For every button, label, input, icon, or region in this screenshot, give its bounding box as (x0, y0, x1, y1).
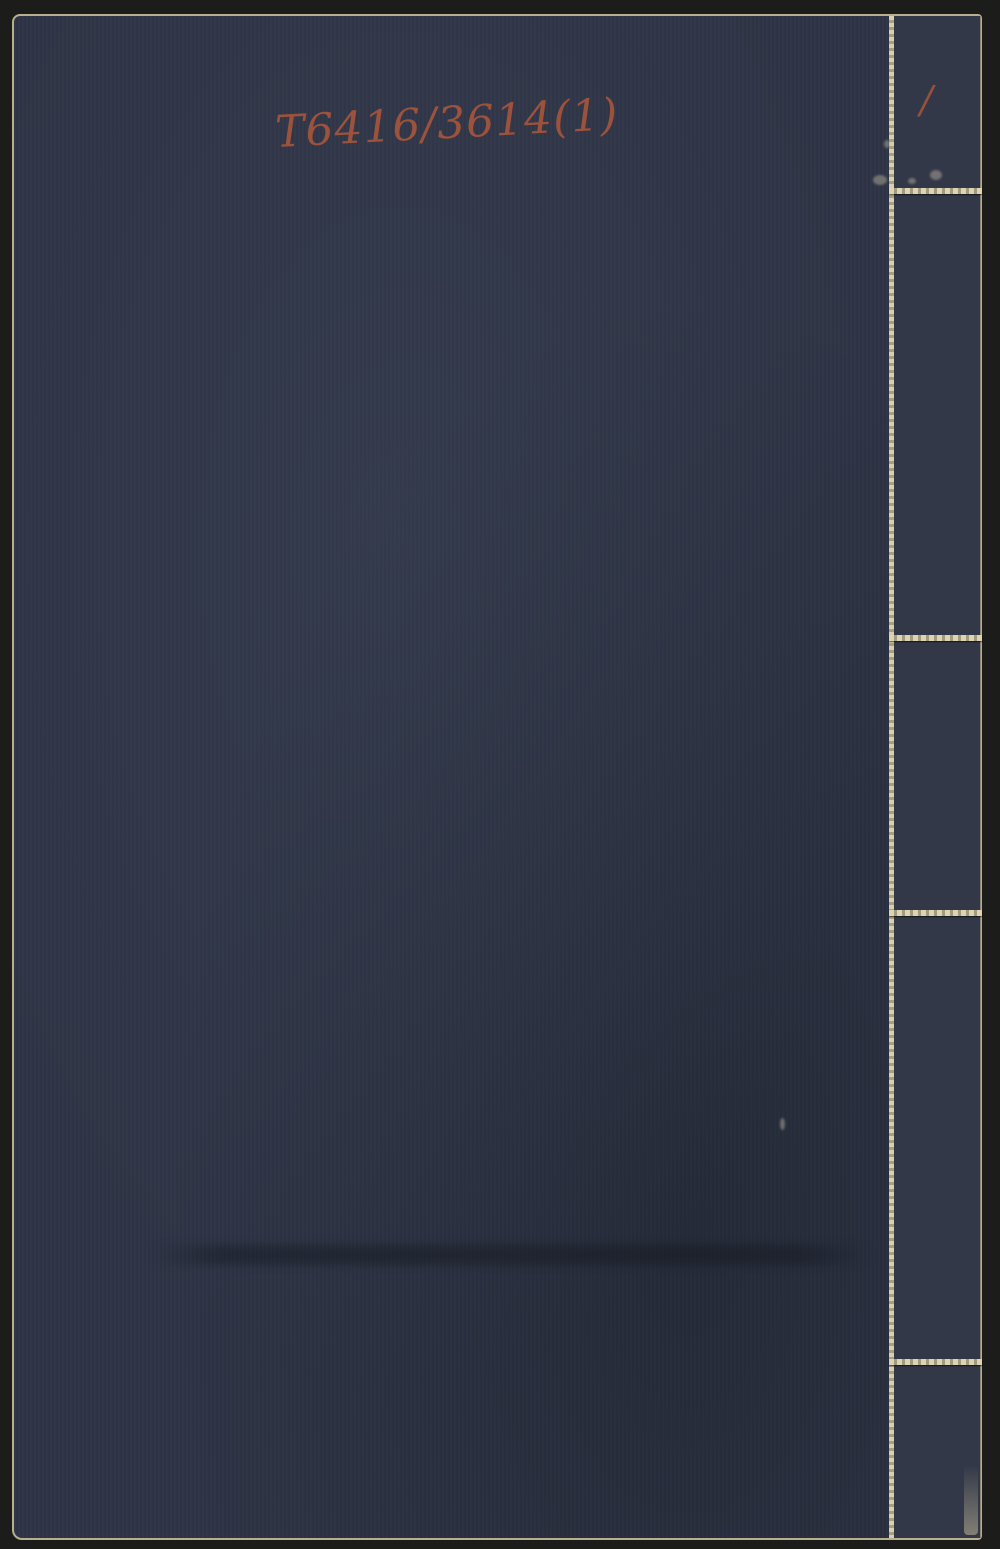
book-cover (12, 14, 982, 1540)
wear-spot (884, 140, 890, 148)
binding-stitch (889, 910, 982, 916)
wear-spot (908, 178, 916, 184)
binding-stitch (889, 188, 982, 194)
binding-strip (894, 16, 981, 1538)
wear-spot (930, 170, 942, 180)
wear-spot (873, 175, 887, 185)
binding-stitch (889, 635, 982, 641)
handwritten-volume-mark: / (920, 78, 933, 122)
binding-stitch (889, 1359, 982, 1365)
corner-wear (964, 1465, 978, 1535)
binding-thread-vertical (889, 16, 894, 1538)
wear-spot (780, 1118, 785, 1130)
cover-smudge (150, 1245, 870, 1265)
